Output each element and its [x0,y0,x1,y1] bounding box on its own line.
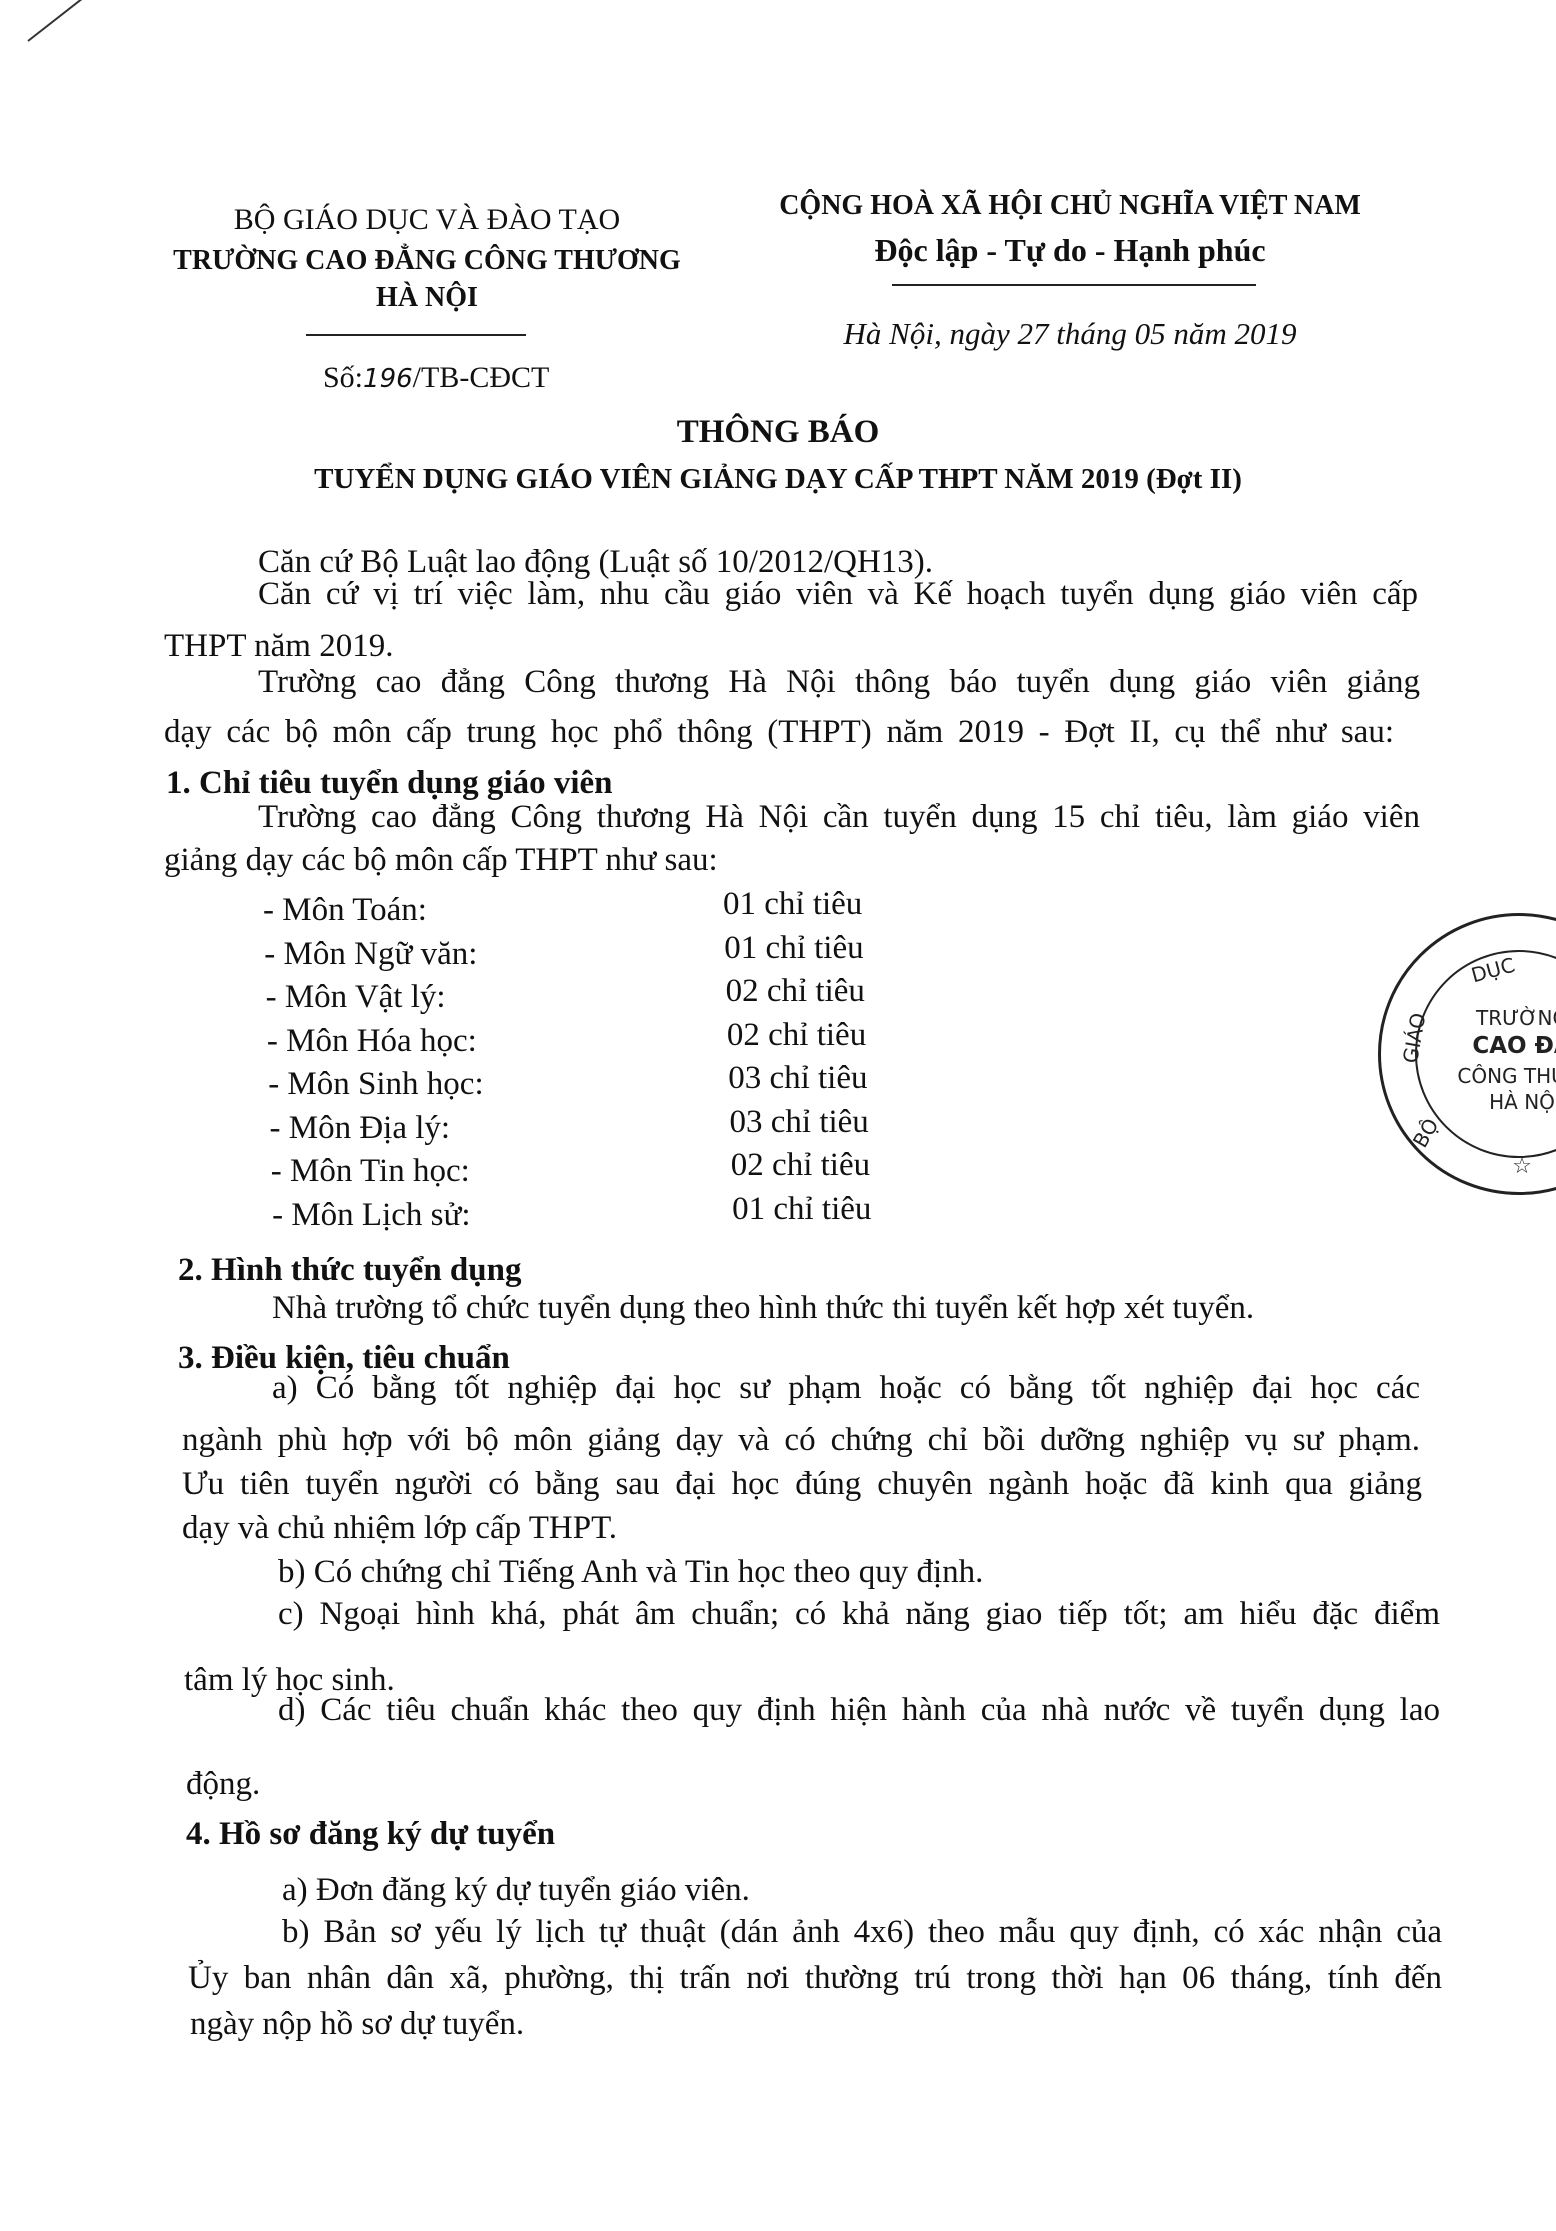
quota-value: 01 chỉ tiêu [724,928,863,968]
national-motto: Độc lập - Tự do - Hạnh phúc [770,232,1370,269]
quota-subject: - Môn Sinh học: [268,1064,483,1104]
document-title: THÔNG BÁO [478,414,1078,451]
preamble-p3-line2: dạy các bộ môn cấp trung học phổ thông (… [164,712,1394,752]
quota-value: 03 chỉ tiêu [728,1058,867,1098]
stamp-line-4: HÀ NỘ [1381,1090,1556,1114]
official-stamp: BỘ GIÁO DỤC V TRƯỜNG CAO ĐẲ CÔNG THƯƠ HÀ… [1378,913,1556,1195]
section4-b-line2: Ủy ban nhân dân xã, phường, thị trấn nơi… [188,1958,1442,1998]
stamp-line-1: TRƯỜNG [1381,1006,1556,1030]
section1-intro-line1: Trường cao đẳng Công thương Hà Nội cần t… [258,797,1420,837]
ministry-name: BỘ GIÁO DỤC VÀ ĐÀO TẠO [187,203,667,237]
section2-heading: 2. Hình thức tuyển dụng [178,1250,522,1290]
quota-subject: - Môn Vật lý: [266,977,446,1017]
document-number: Số:196/TB-CĐCT [323,358,549,399]
section3-a-line3: Ưu tiên tuyển người có bằng sau đại học … [182,1464,1422,1504]
section3-d-line1: d) Các tiêu chuẩn khác theo quy định hiệ… [278,1690,1440,1730]
quota-subject: - Môn Toán: [263,890,427,930]
section4-heading: 4. Hồ sơ đăng ký dự tuyển [186,1814,555,1854]
preamble-p3-line1: Trường cao đẳng Công thương Hà Nội thông… [258,662,1420,702]
section3-b: b) Có chứng chỉ Tiếng Anh và Tin học the… [278,1552,983,1592]
quota-subject: - Môn Hóa học: [267,1021,477,1061]
section4-b-line3: ngày nộp hồ sơ dự tuyển. [190,2004,524,2044]
school-name-line2: HÀ NỘI [187,282,667,314]
document-subtitle: TUYỂN DỤNG GIÁO VIÊN GIẢNG DẠY CẤP THPT … [178,463,1378,496]
quota-subject: - Môn Tin học: [271,1151,470,1191]
quota-value: 02 chỉ tiêu [731,1145,870,1185]
doc-number-prefix: Số: [323,361,363,394]
stamp-line-3: CÔNG THƯƠ [1381,1064,1556,1088]
stamp-line-2: CAO ĐẲ [1381,1033,1556,1059]
section3-c-line1: c) Ngoại hình khá, phát âm chuẩn; có khả… [278,1594,1440,1634]
doc-number-suffix: /TB-CĐCT [413,361,550,394]
school-name-line1: TRƯỜNG CAO ĐẲNG CÔNG THƯƠNG [167,245,687,277]
quota-value: 01 chỉ tiêu [732,1189,871,1229]
section3-d-line2: động. [186,1764,260,1804]
pen-mark [27,0,99,42]
section3-a-line2: ngành phù hợp với bộ môn giảng dạy và có… [182,1420,1420,1460]
section4-a: a) Đơn đăng ký dự tuyển giáo viên. [282,1870,750,1910]
section2-body: Nhà trường tổ chức tuyển dụng theo hình … [272,1288,1254,1328]
header-right-rule [892,284,1256,286]
section3-a-line4: dạy và chủ nhiệm lớp cấp THPT. [182,1508,617,1548]
quota-value: 02 chỉ tiêu [727,1015,866,1055]
section3-a-line1: a) Có bằng tốt nghiệp đại học sư phạm ho… [272,1368,1420,1408]
header-left-rule [306,334,526,336]
quota-value: 01 chỉ tiêu [723,884,862,924]
date-line: Hà Nội, ngày 27 tháng 05 năm 2019 [770,316,1370,352]
stamp-star-icon: ☆ [1381,1154,1556,1179]
section1-intro-line2: giảng dạy các bộ môn cấp THPT như sau: [164,840,718,880]
quota-subject: - Môn Địa lý: [270,1108,451,1148]
quota-subject: - Môn Lịch sử: [272,1195,470,1235]
quota-value: 03 chỉ tiêu [730,1102,869,1142]
preamble-p2-line2: THPT năm 2019. [164,626,393,666]
doc-number-handwritten: 196 [363,364,413,394]
preamble-p2-line1: Căn cứ vị trí việc làm, nhu cầu giáo viê… [258,574,1418,614]
quota-value: 02 chỉ tiêu [726,971,865,1011]
quota-subject: - Môn Ngữ văn: [264,934,477,974]
nation-name: CỘNG HOÀ XÃ HỘI CHỦ NGHĨA VIỆT NAM [770,190,1370,222]
section4-b-line1: b) Bản sơ yếu lý lịch tự thuật (dán ảnh … [282,1912,1442,1952]
